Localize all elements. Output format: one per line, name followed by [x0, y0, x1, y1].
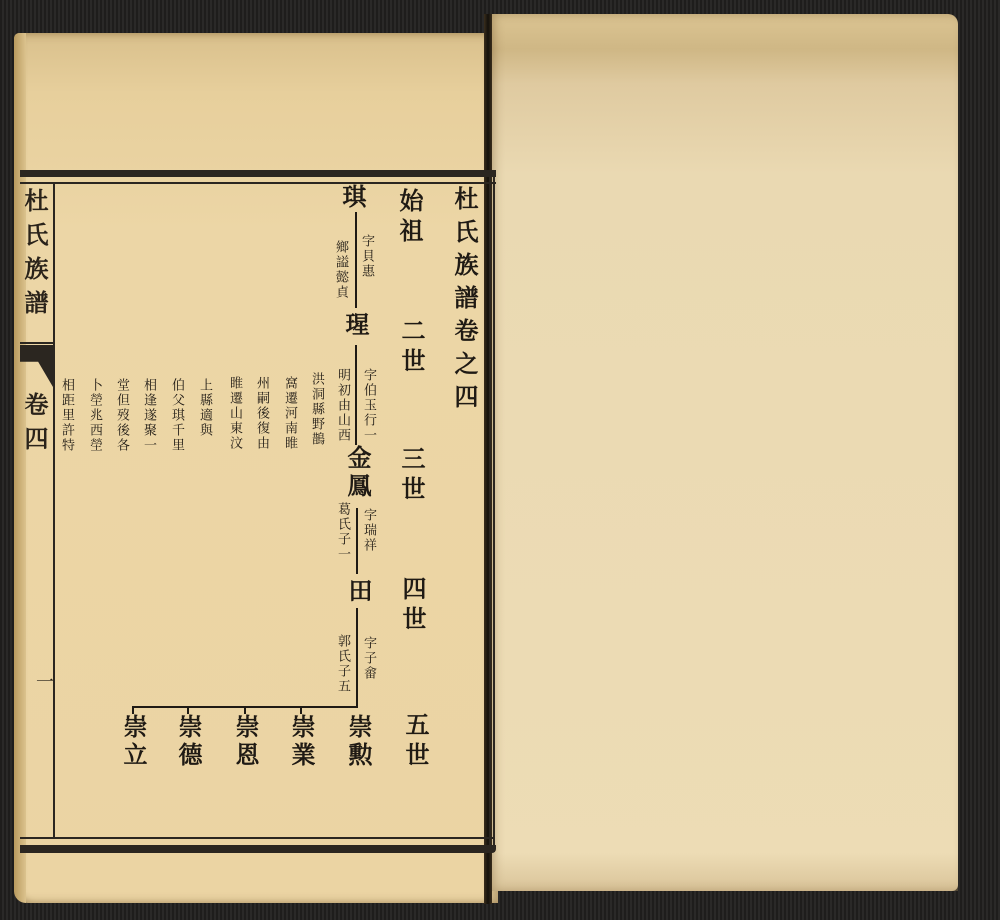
person-note: 明初由山西	[336, 368, 349, 443]
water-stain	[488, 853, 958, 891]
child-chongxun: 崇勲	[346, 714, 370, 770]
generation-label-3: 三世	[399, 446, 423, 506]
person-note: 洪洞縣野鵲	[310, 372, 323, 447]
lineage-line	[355, 345, 357, 445]
generation-label-1: 始祖	[397, 188, 421, 248]
child-chongen: 崇恩	[233, 714, 257, 770]
lineage-line	[356, 608, 358, 708]
person-note: 相距里許特	[60, 378, 73, 453]
person-jinfeng: 金鳳	[345, 445, 369, 501]
generation-label-4: 四世	[400, 576, 424, 636]
person-tian: 田	[346, 578, 370, 606]
frame-border-top-inner	[20, 182, 496, 184]
child-chongde: 崇德	[176, 714, 200, 770]
person-note: 郭氏子五	[336, 634, 349, 694]
frame-border-right	[489, 170, 491, 850]
book-title: 杜氏族譜卷之四	[452, 186, 476, 417]
branch-drop	[244, 706, 246, 714]
person-note: 睢遷山東汶	[228, 376, 241, 451]
branch-drop	[132, 706, 134, 714]
person-note: 字瑞祥	[362, 508, 375, 553]
child-chongli: 崇立	[121, 714, 145, 770]
frame-border-bottom	[20, 845, 496, 853]
person-note: 葛氏子一	[336, 502, 349, 562]
person-note: 鄉謚懿貞	[334, 240, 347, 300]
person-qi: 琪	[340, 184, 364, 212]
margin-title: 杜氏族譜	[22, 188, 46, 324]
person-note: 字子畲	[362, 636, 375, 681]
person-note: 伯父琪千里	[170, 378, 183, 453]
person-note: 相逢遂聚一	[142, 378, 155, 453]
person-note: 窩遷河南睢	[283, 376, 296, 451]
person-note: 字伯玉行一	[362, 368, 375, 443]
person-note: 州嗣後復由	[255, 376, 268, 451]
child-chongye: 崇業	[289, 714, 313, 770]
margin-volume: 卷四	[22, 392, 46, 460]
person-note: 上縣適與	[198, 378, 211, 438]
right-page-blank	[488, 14, 958, 891]
branch-drop	[300, 706, 302, 714]
frame-border-bottom-inner	[20, 837, 494, 839]
person-xing: 瑆	[343, 312, 367, 340]
generation-label-5: 五世	[403, 712, 427, 772]
page-number: 一	[34, 672, 52, 690]
person-note: 堂但歿後各	[115, 378, 128, 453]
frame-border-top	[20, 170, 496, 177]
person-note: 卜塋兆西塋	[88, 378, 101, 453]
margin-column-divider	[53, 182, 55, 839]
frame-border-right-outer	[493, 170, 495, 852]
generation-label-2: 二世	[399, 318, 423, 378]
lineage-line	[356, 508, 358, 574]
fish-tail-line	[20, 342, 53, 344]
person-note: 字貝惠	[360, 234, 373, 279]
branch-drop	[187, 706, 189, 714]
lineage-line	[355, 212, 357, 308]
